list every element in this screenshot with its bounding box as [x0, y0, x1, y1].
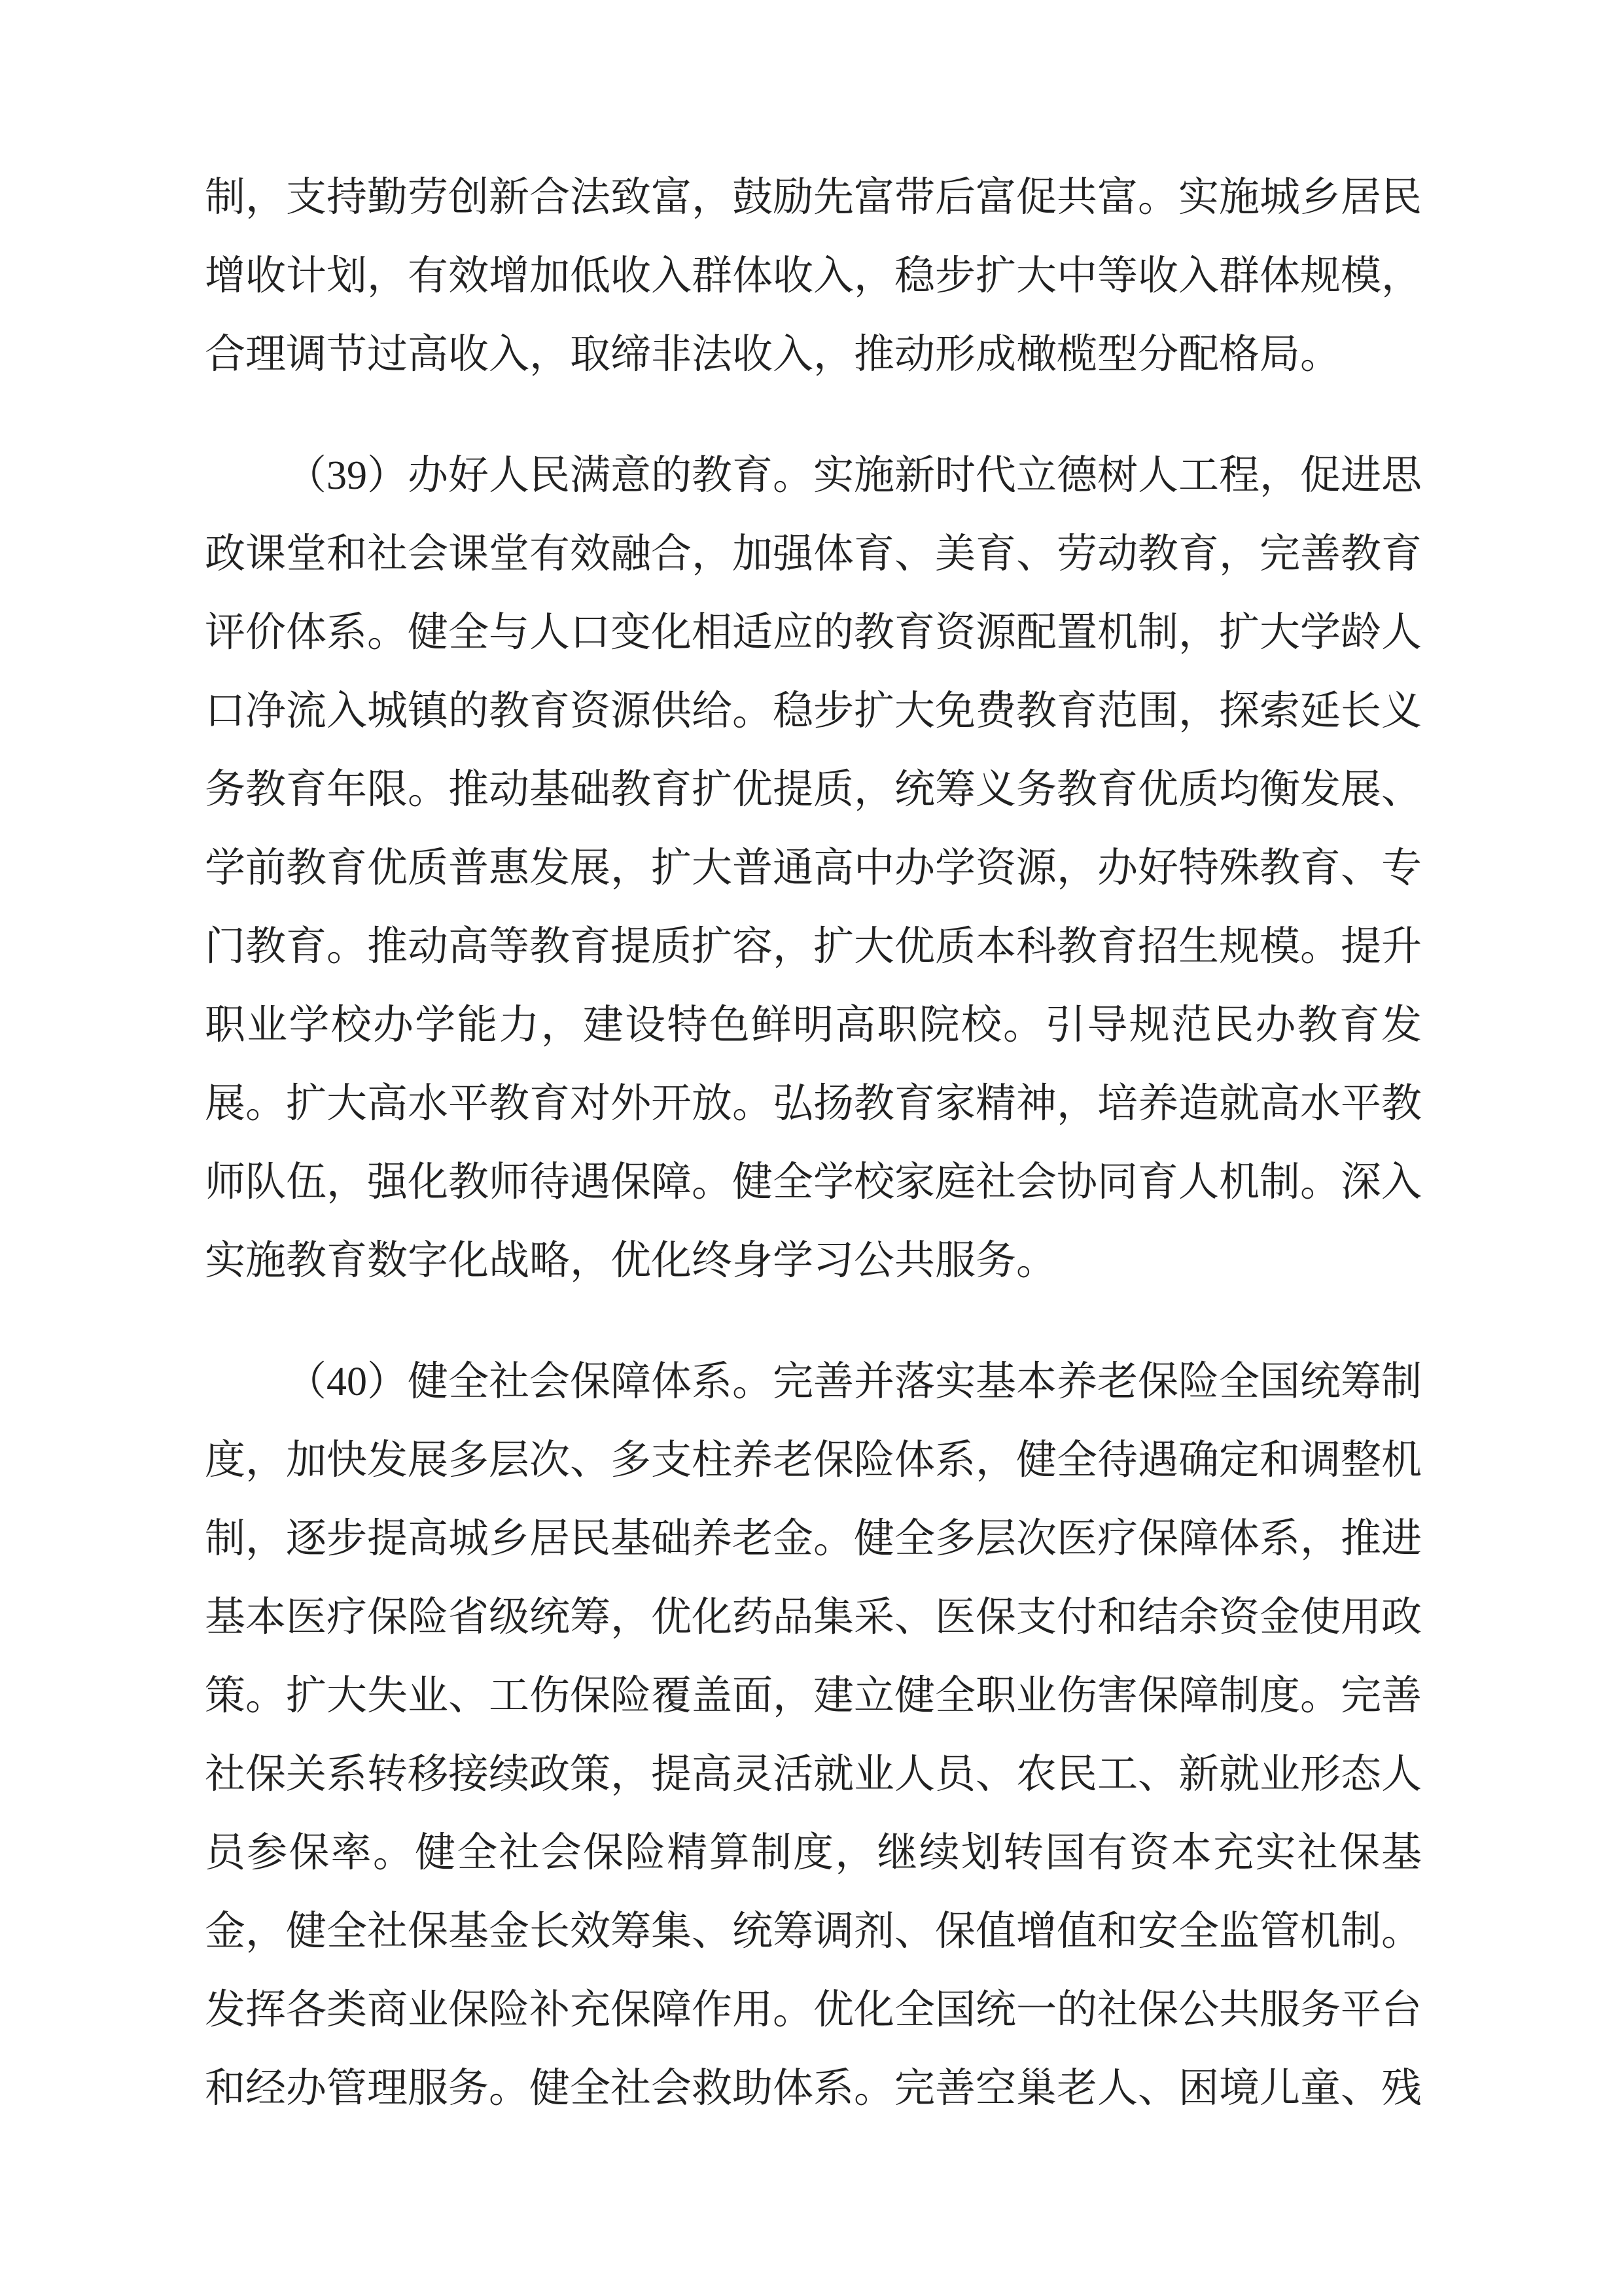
paragraph-item-39: （39）办好人民满意的教育。实施新时代立德树人工程，促进思政课堂和社会课堂有效融…: [205, 436, 1422, 1300]
paragraph-item-40: （40）健全社会保障体系。完善并落实基本养老保险全国统筹制度，加快发展多层次、多…: [205, 1343, 1422, 2128]
paragraph-continuation: 制，支持勤劳创新合法致富，鼓励先富带后富促共富。实施城乡居民增收计划，有效增加低…: [205, 158, 1422, 394]
document-page: 制，支持勤劳创新合法致富，鼓励先富带后富促共富。实施城乡居民增收计划，有效增加低…: [0, 0, 1622, 2296]
